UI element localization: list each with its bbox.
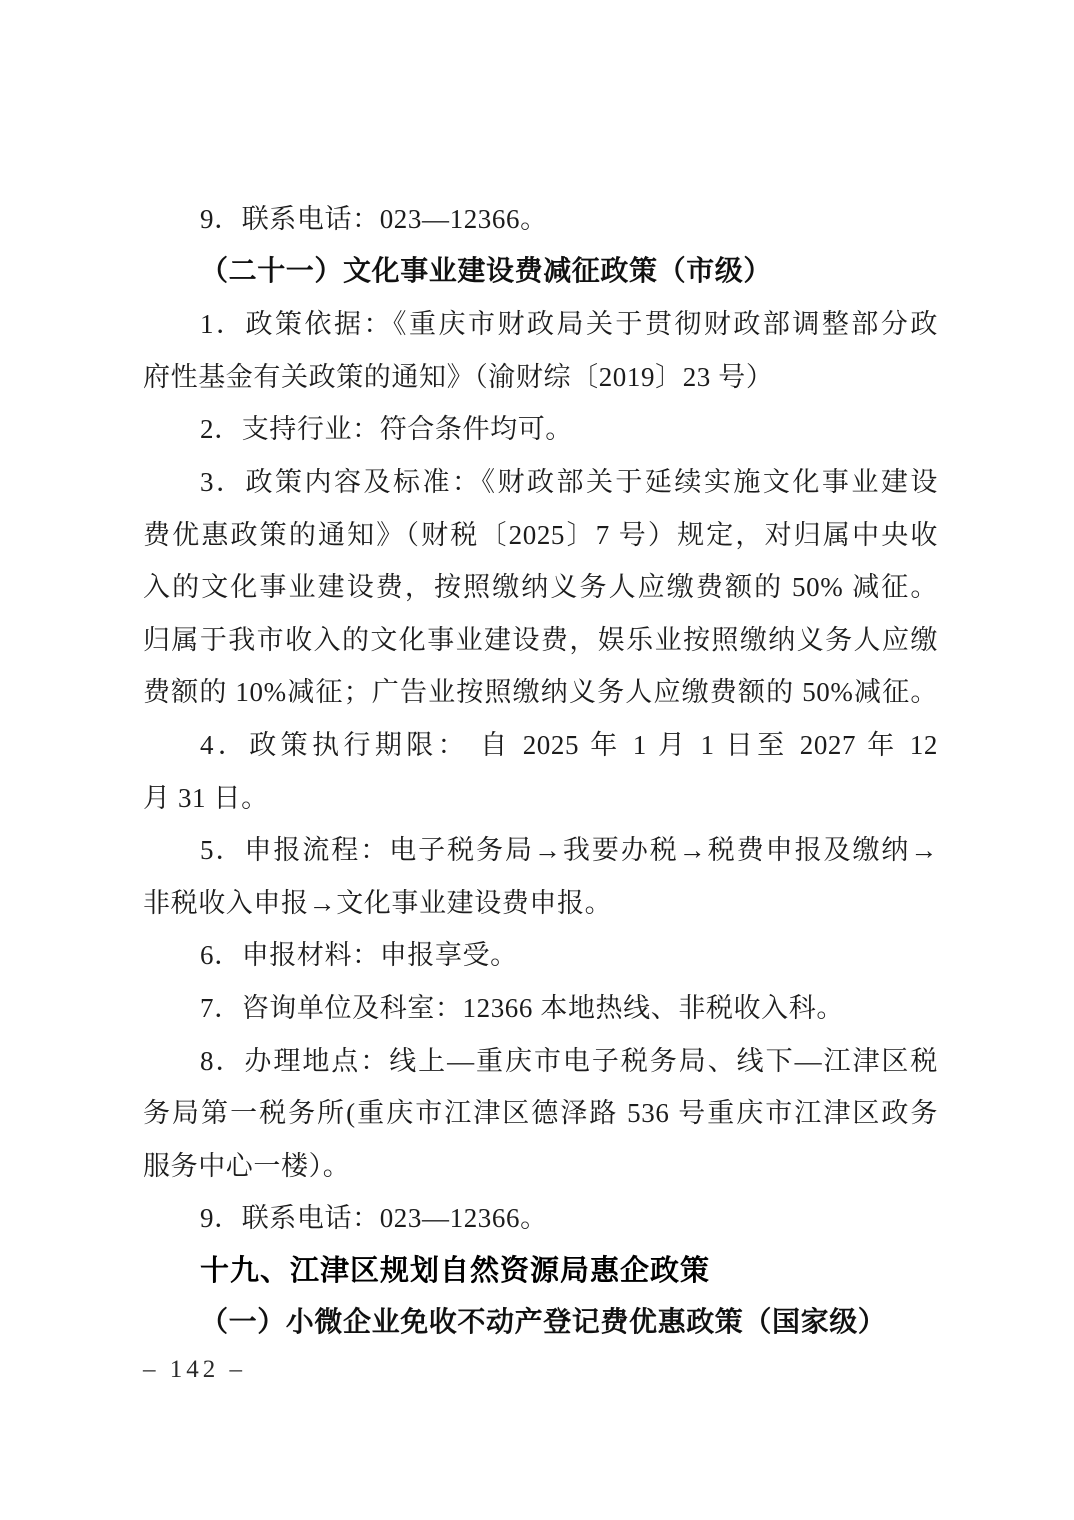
para-policy-content: 3．政策内容及标准：《财政部关于延续实施文化事业建设 xyxy=(143,456,938,509)
para-application-process-cont: 非税收入申报→文化事业建设费申报。 xyxy=(143,877,938,930)
heading-section-21: （二十一）文化事业建设费减征政策（市级） xyxy=(143,246,938,299)
document-body: 9．联系电话：023—12366。（二十一）文化事业建设费减征政策（市级）1．政… xyxy=(143,193,938,1350)
para-execution-period: 4．政策执行期限： 自 2025 年 1 月 1 日至 2027 年 12 xyxy=(143,719,938,772)
para-handling-location: 8．办理地点：线上—重庆市电子税务局、线下—江津区税 xyxy=(143,1035,938,1088)
document-page: 9．联系电话：023—12366。（二十一）文化事业建设费减征政策（市级）1．政… xyxy=(0,0,1074,1520)
para-supported-industries: 2．支持行业：符合条件均可。 xyxy=(143,403,938,456)
para-policy-content-cont-4: 费额的 10%减征；广告业按照缴纳义务人应缴费额的 50%减征。 xyxy=(143,666,938,719)
para-consulting-unit: 7．咨询单位及科室：12366 本地热线、非税收入科。 xyxy=(143,982,938,1035)
para-contact-phone: 9．联系电话：023—12366。 xyxy=(143,1192,938,1245)
para-policy-content-cont-2: 入的文化事业建设费，按照缴纳义务人应缴费额的 50% 减征。 xyxy=(143,561,938,614)
para-handling-location-cont-2: 服务中心一楼）。 xyxy=(143,1140,938,1193)
para-contact-phone-prev: 9．联系电话：023—12366。 xyxy=(143,193,938,246)
para-policy-basis-cont: 府性基金有关政策的通知》（渝财综〔2019〕23 号） xyxy=(143,351,938,404)
heading-subsection-1: （一）小微企业免收不动产登记费优惠政策（国家级） xyxy=(143,1297,938,1350)
para-application-materials: 6．申报材料：申报享受。 xyxy=(143,929,938,982)
page-number: – 142 – xyxy=(143,1355,246,1385)
heading-section-19: 十九、江津区规划自然资源局惠企政策 xyxy=(143,1245,938,1298)
para-handling-location-cont-1: 务局第一税务所(重庆市江津区德泽路 536 号重庆市江津区政务 xyxy=(143,1087,938,1140)
para-application-process: 5．申报流程：电子税务局→我要办税→税费申报及缴纳→ xyxy=(143,824,938,877)
para-policy-basis: 1．政策依据：《重庆市财政局关于贯彻财政部调整部分政 xyxy=(143,298,938,351)
para-policy-content-cont-3: 归属于我市收入的文化事业建设费，娱乐业按照缴纳义务人应缴 xyxy=(143,614,938,667)
para-policy-content-cont-1: 费优惠政策的通知》（财税〔2025〕7 号）规定，对归属中央收 xyxy=(143,509,938,562)
para-execution-period-cont: 月 31 日。 xyxy=(143,772,938,825)
